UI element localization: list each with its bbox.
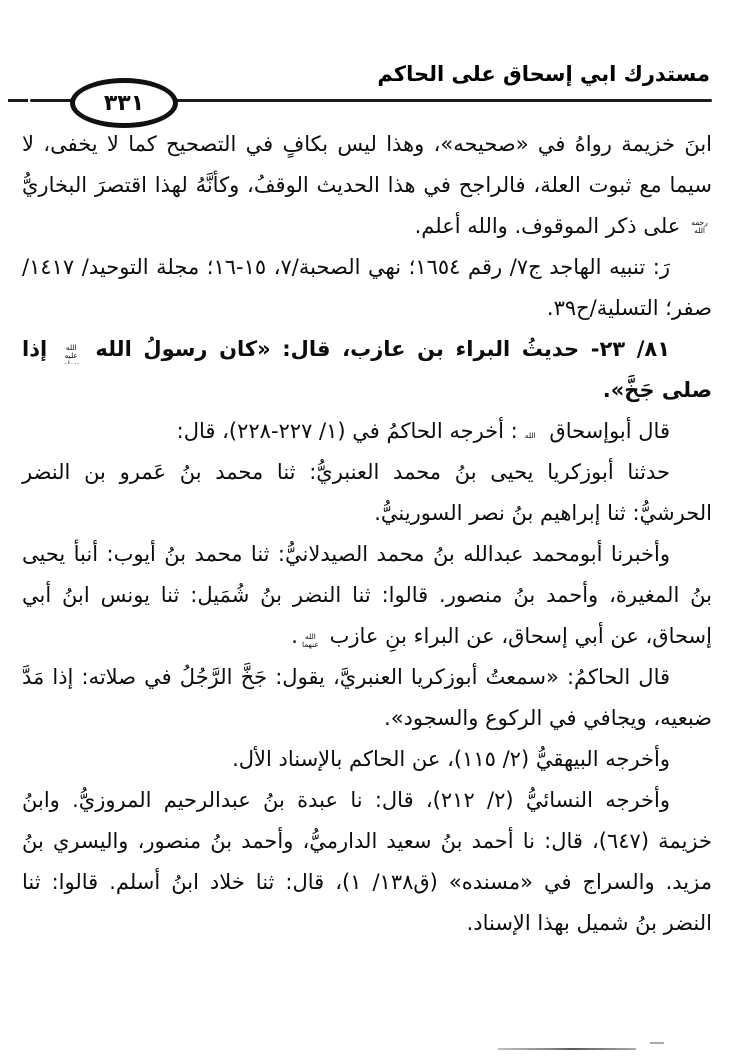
isnad-first-paragraph: حدثنا أبوزكريا يحيى بنُ محمد العنبريُّ: … <box>22 452 712 534</box>
text-segment: وأخبرنا أبومحمد عبدالله بنُ محمد الصيدلا… <box>22 542 712 648</box>
hadith-headline-paragraph: ٨١/ ٢٣- حديثُ البراء بن عازب، قال: «كان … <box>22 329 712 411</box>
text-segment: : أخرجه الحاكمُ في (١/ ٢٢٧-٢٢٨)، قال: <box>177 419 518 443</box>
bayhaqi-takhrij-paragraph: وأخرجه البيهقيُّ (٢/ ١١٥)، عن الحاكم بال… <box>22 739 712 780</box>
page-header-title: مستدرك ابي إسحاق على الحاكم <box>377 62 710 86</box>
radiallahu-anhuma-symbol: رضي الله عنهما <box>298 625 323 649</box>
text-segment: ٨١/ ٢٣- حديثُ البراء بن عازب، قال: «كان … <box>84 337 670 361</box>
text-segment: وأخرجه البيهقيُّ (٢/ ١١٥)، عن الحاكم بال… <box>232 747 670 771</box>
header-rule-dash <box>8 99 28 102</box>
text-segment: قال الحاكمُ: «سمعتُ أبوزكريا العنبريَّ، … <box>22 665 712 730</box>
text-segment: وأخرجه النسائيُّ (٢/ ٢١٢)، قال: نا عبدة … <box>22 788 712 935</box>
scan-artifact-mark <box>650 1042 664 1044</box>
commentary-continuation-paragraph: ابنَ خزيمة رواهُ في «صحيحه»، وهذا ليس بك… <box>22 124 712 247</box>
body-text: ابنَ خزيمة رواهُ في «صحيحه»، وهذا ليس بك… <box>22 124 712 944</box>
nasai-takhrij-paragraph: وأخرجه النسائيُّ (٢/ ٢١٢)، قال: نا عبدة … <box>22 780 712 944</box>
text-segment: رَ: تنبيه الهاجد ج٧/ رقم ١٦٥٤؛ نهي الصحب… <box>22 255 712 320</box>
hakim-quote-paragraph: قال الحاكمُ: «سمعتُ أبوزكريا العنبريَّ، … <box>22 657 712 739</box>
text-segment: قال أبوإسحاق <box>543 419 670 443</box>
references-paragraph: رَ: تنبيه الهاجد ج٧/ رقم ١٦٥٤؛ نهي الصحب… <box>22 247 712 329</box>
scan-artifact-streak <box>498 1048 636 1050</box>
book-page: مستدرك ابي إسحاق على الحاكم ٣٣١ ابنَ خزي… <box>0 0 736 1056</box>
rahimahullah-symbol: رحمه الله <box>687 219 712 235</box>
sallallahu-alayhi-wasallam-symbol: صلى الله عليه وسلم <box>59 336 84 364</box>
isnad-second-paragraph: وأخبرنا أبومحمد عبدالله بنُ محمد الصيدلا… <box>22 534 712 657</box>
hafizahullah-symbol: حفظه الله <box>518 424 543 440</box>
text-segment: حدثنا أبوزكريا يحيى بنُ محمد العنبريُّ: … <box>22 460 712 525</box>
page-number: ٣٣١ <box>104 91 144 116</box>
author-takhrij-paragraph: قال أبوإسحاق حفظه الله: أخرجه الحاكمُ في… <box>22 411 712 452</box>
page-number-badge: ٣٣١ <box>70 78 178 128</box>
text-segment: على ذكر الموقوف. والله أعلم. <box>415 214 687 238</box>
text-segment: . <box>291 624 298 648</box>
text-segment: ابنَ خزيمة رواهُ في «صحيحه»، وهذا ليس بك… <box>22 132 712 197</box>
